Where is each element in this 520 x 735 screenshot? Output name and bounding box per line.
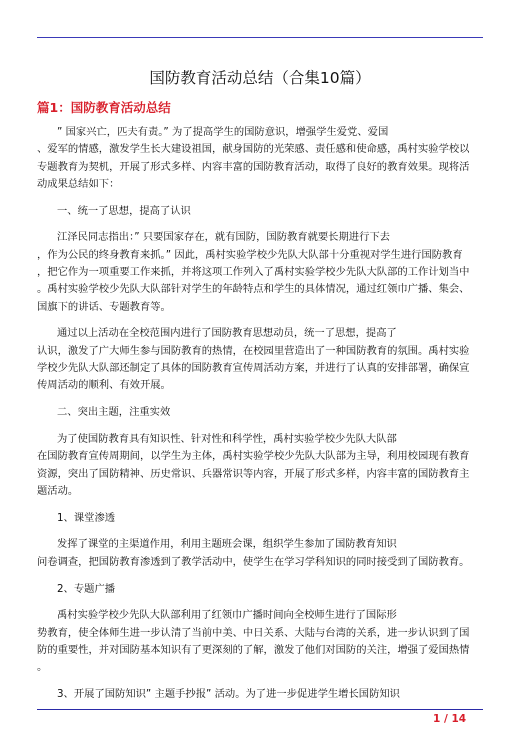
document-title: 国防教育活动总结（合集10篇） xyxy=(0,66,520,88)
page-indicator: 1 / 14 xyxy=(433,713,466,725)
paragraph: 通过以上活动在全校范围内进行了国防教育思想动员，统一了思想，提高了 认识，激发了… xyxy=(37,325,483,394)
subheading: 1、课堂渗透 xyxy=(37,510,483,527)
subheading: 一、统一了思想，提高了认识 xyxy=(37,203,483,220)
text-line: 专题教育为契机，开展了形式多样、内容丰富的国防教育活动，取得了良好的教育效果。现… xyxy=(37,159,483,176)
text-line: ，作为公民的终身教育来抓。” 因此，禹村实验学校少先队大队部十分重视对学生进行国… xyxy=(37,247,483,264)
text-line: 题活动。 xyxy=(37,483,483,500)
section-heading: 篇1：国防教育活动总结 xyxy=(37,98,171,116)
text-line: 1、课堂渗透 xyxy=(37,510,483,527)
text-line: 势教育，使全体师生进一步认清了当前中美、中日关系、大陆与台湾的关系，进一步认识到… xyxy=(37,625,483,642)
paragraph: 为了使国防教育具有知识性、针对性和科学性，禹村实验学校少先队大队部 在国防教育宣… xyxy=(37,431,483,500)
document-body: ” 国家兴亡，匹夫有责。” 为了提高学生的国防意识，增强学生爱党、爱国 、爱军的… xyxy=(37,124,483,713)
text-line: 防的重要性，并对国防基本知识有了更深刻的了解，激发了他们对国防的关注，增强了爱国… xyxy=(37,642,483,659)
subheading: 2、专题广播 xyxy=(37,581,483,598)
text-line: 通过以上活动在全校范围内进行了国防教育思想动员，统一了思想，提高了 xyxy=(37,325,483,342)
footer-rule xyxy=(37,709,483,710)
text-line: 。禹村实验学校少先队大队部针对学生的年龄特点和学生的具体情况，通过红领巾广播、集… xyxy=(37,281,483,298)
text-line: 为了使国防教育具有知识性、针对性和科学性，禹村实验学校少先队大队部 xyxy=(37,431,483,448)
text-line: 一、统一了思想，提高了认识 xyxy=(37,203,483,220)
paragraph: ” 国家兴亡，匹夫有责。” 为了提高学生的国防意识，增强学生爱党、爱国 、爱军的… xyxy=(37,124,483,193)
text-line: 认识，激发了广大师生参与国防教育的热情，在校园里营造出了一种国防教育的氛围。禹村… xyxy=(37,343,483,360)
paragraph: 发挥了课堂的主渠道作用，利用主题班会课，组织学生参加了国防教育知识 问卷调查，把… xyxy=(37,536,483,571)
text-line: 江泽民同志指出：” 只要国家存在，就有国防，国防教育就要长期进行下去 xyxy=(37,229,483,246)
text-line: 禹村实验学校少先队大队部利用了红领巾广播时间向全校师生进行了国际形 xyxy=(37,607,483,624)
text-line: 。 xyxy=(37,659,483,676)
text-line: 问卷调查，把国防教育渗透到了教学活动中，使学生在学习学科知识的同时接受到了国防教… xyxy=(37,554,483,571)
text-line: 二、突出主题，注重实效 xyxy=(37,404,483,421)
subheading: 二、突出主题，注重实效 xyxy=(37,404,483,421)
paragraph: 江泽民同志指出：” 只要国家存在，就有国防，国防教育就要长期进行下去 ，作为公民… xyxy=(37,229,483,315)
text-line: 国旗下的讲话、专题教育等。 xyxy=(37,299,483,316)
text-line: 发挥了课堂的主渠道作用，利用主题班会课，组织学生参加了国防教育知识 xyxy=(37,536,483,553)
text-line: 学校少先队大队部还制定了具体的国防教育宣传周活动方案，并进行了认真的安排部署，确… xyxy=(37,360,483,377)
text-line: 2、专题广播 xyxy=(37,581,483,598)
paragraph: 禹村实验学校少先队大队部利用了红领巾广播时间向全校师生进行了国际形 势教育，使全… xyxy=(37,607,483,676)
text-line: 在国防教育宣传周期间，以学生为主体，禹村实验学校少先队大队部为主导，利用校园现有… xyxy=(37,448,483,465)
text-line: 资源，突出了国防精神、历史常识、兵器常识等内容，开展了形式多样，内容丰富的国防教… xyxy=(37,466,483,483)
header-rule xyxy=(37,37,483,38)
text-line: 3、开展了国防知识” 主题手抄报” 活动。为了进一步促进学生增长国防知识 xyxy=(37,686,483,703)
subheading: 3、开展了国防知识” 主题手抄报” 活动。为了进一步促进学生增长国防知识 xyxy=(37,686,483,703)
text-line: 传周活动的顺利、有效开展。 xyxy=(37,377,483,394)
text-line: 、爱军的情感，激发学生长大建设祖国，献身国防的光荣感、责任感和使命感，禹村实验学… xyxy=(37,141,483,158)
text-line: ” 国家兴亡，匹夫有责。” 为了提高学生的国防意识，增强学生爱党、爱国 xyxy=(37,124,483,141)
text-line: ，把它作为一项重要工作来抓，并将这项工作列入了禹村实验学校少先队大队部的工作计划… xyxy=(37,264,483,281)
text-line: 动成果总结如下： xyxy=(37,176,483,193)
